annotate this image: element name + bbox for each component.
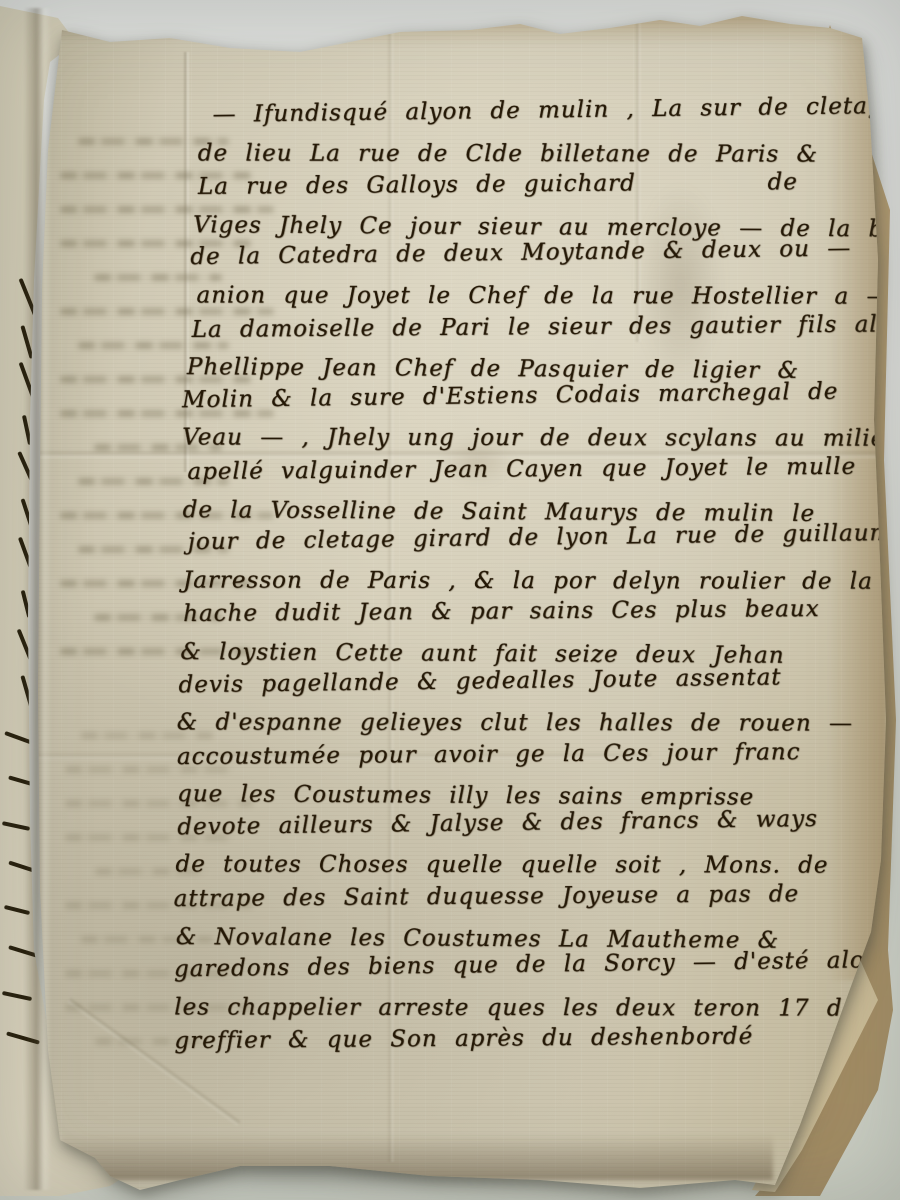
handwriting-block: — Ifundisqué alyon de mulin , La sur de … [32, 96, 892, 1061]
manuscript-line: La rue des Galloys de guichard de [33, 165, 888, 207]
photo-backdrop: — Ifundisqué alyon de mulin , La sur de … [0, 0, 900, 1200]
manuscript-line: La damoiselle de Pari le sieur des gauti… [34, 307, 889, 349]
binding-fold-crease [24, 8, 52, 1190]
manuscript-line-text: La rue des Galloys de guichard [198, 167, 636, 206]
manuscript-line: apellé valguinder Jean Cayen que Joyet l… [34, 449, 889, 491]
manuscript-line: accoustumée pour avoir ge la Ces jour fr… [36, 734, 891, 776]
manuscript-page: — Ifundisqué alyon de mulin , La sur de … [35, 12, 890, 1200]
manuscript-line: — Ifundisqué alyon de mulin , La sur de … [32, 89, 887, 136]
interline-word: de [767, 165, 798, 201]
edge-stain-top [335, 12, 875, 46]
manuscript-line: greffier & que Son après du deshenbordé [37, 1019, 892, 1061]
edge-stain-topleft [43, 24, 343, 42]
manuscript-line: attrape des Saint duquesse Joyeuse a pas… [37, 877, 892, 919]
edge-stain-bottom [63, 1134, 773, 1180]
manuscript-line: hache dudit Jean & par sains Ces plus be… [35, 592, 890, 634]
manuscript-page-wrap: — Ifundisqué alyon de mulin , La sur de … [35, 12, 890, 1200]
